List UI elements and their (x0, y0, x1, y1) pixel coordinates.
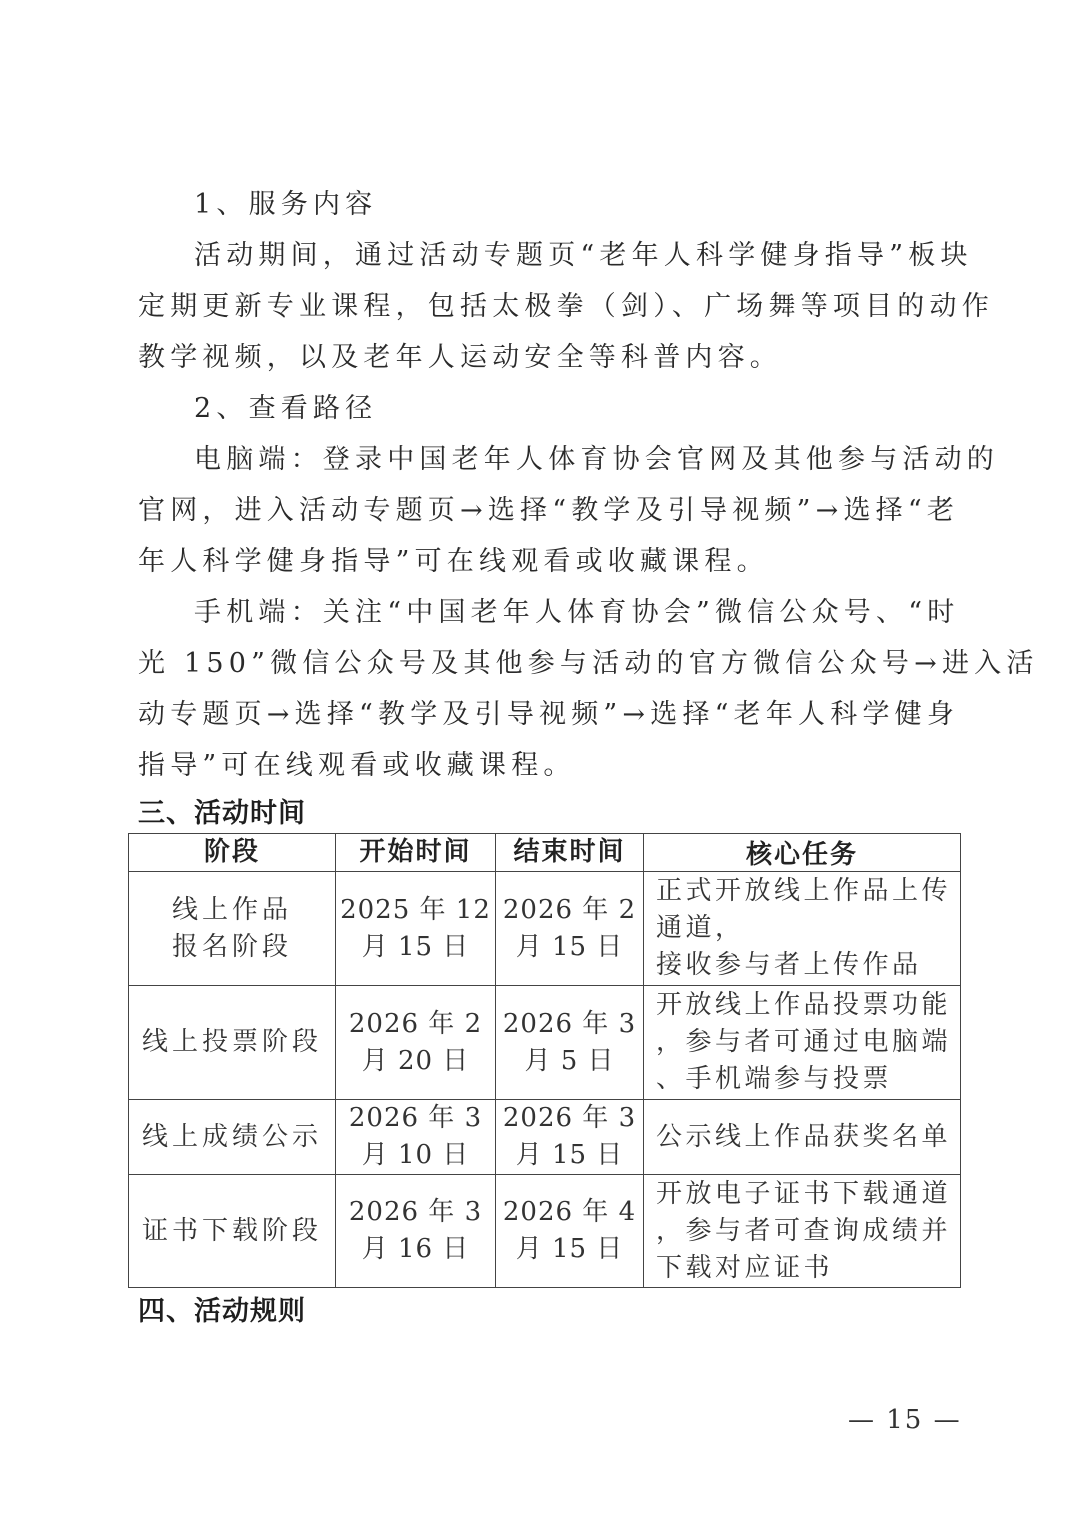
end-cell: 2026 年 3 月 5 日 (496, 986, 644, 1100)
start-text: 2025 年 12 (336, 892, 495, 929)
table-row: 线上作品 报名阶段 2025 年 12 月 15 日 2026 年 2 月 15… (129, 872, 961, 986)
end-text: 月 15 日 (496, 1137, 643, 1174)
stage-cell: 线上成绩公示 (129, 1100, 336, 1175)
table-row: 线上投票阶段 2026 年 2 月 20 日 2026 年 3 月 5 日 开放… (129, 986, 961, 1100)
pc-path-line: 官网，进入活动专题页→选择“教学及引导视频”→选择“老 (138, 485, 950, 536)
stage-text: 线上成绩公示 (129, 1119, 335, 1156)
end-cell: 2026 年 4 月 15 日 (496, 1175, 644, 1288)
table-row: 线上成绩公示 2026 年 3 月 10 日 2026 年 3 月 15 日 公… (129, 1100, 961, 1175)
stage-text: 证书下载阶段 (129, 1213, 335, 1250)
end-text: 2026 年 2 (496, 892, 643, 929)
task-text: ，参与者可通过电脑端 (656, 1024, 960, 1061)
section-1-title: 1、服务内容 (194, 179, 950, 230)
end-text: 2026 年 3 (496, 1006, 643, 1043)
section-2-title: 2、查看路径 (194, 383, 950, 434)
end-cell: 2026 年 2 月 15 日 (496, 872, 644, 986)
end-text: 2026 年 3 (496, 1100, 643, 1137)
end-text: 2026 年 4 (496, 1194, 643, 1231)
task-cell: 开放线上作品投票功能 ，参与者可通过电脑端 、手机端参与投票 (644, 986, 961, 1100)
start-cell: 2026 年 3 月 16 日 (336, 1175, 496, 1288)
task-text: 公示线上作品获奖名单 (656, 1119, 960, 1156)
schedule-table: 阶段 开始时间 结束时间 核心任务 线上作品 报名阶段 2025 年 12 月 … (128, 833, 961, 1288)
table-header-row: 阶段 开始时间 结束时间 核心任务 (129, 834, 961, 872)
task-cell: 公示线上作品获奖名单 (644, 1100, 961, 1175)
task-text: 通道， (656, 910, 960, 947)
task-text: 开放电子证书下载通道 (656, 1176, 960, 1213)
table-row: 证书下载阶段 2026 年 3 月 16 日 2026 年 4 月 15 日 开… (129, 1175, 961, 1288)
end-cell: 2026 年 3 月 15 日 (496, 1100, 644, 1175)
end-text: 月 15 日 (496, 1231, 643, 1268)
mobile-path-line: 手机端：关注“中国老年人体育协会”微信公众号、“时 (194, 587, 950, 638)
start-text: 2026 年 3 (336, 1100, 495, 1137)
header-stage: 阶段 (129, 834, 336, 872)
page-number: — 15 — (848, 1405, 962, 1435)
start-text: 月 10 日 (336, 1137, 495, 1174)
task-text: 、手机端参与投票 (656, 1061, 960, 1098)
task-cell: 开放电子证书下载通道 ，参与者可查询成绩并 下载对应证书 (644, 1175, 961, 1288)
start-text: 月 20 日 (336, 1043, 495, 1080)
header-end-time: 结束时间 (496, 834, 644, 872)
start-text: 2026 年 3 (336, 1194, 495, 1231)
end-text: 月 15 日 (496, 929, 643, 966)
mobile-path-line: 光 150”微信公众号及其他参与活动的官方微信公众号→进入活 (138, 638, 950, 689)
start-cell: 2026 年 3 月 10 日 (336, 1100, 496, 1175)
section-1-paragraph-line: 定期更新专业课程，包括太极拳（剑）、广场舞等项目的动作 (138, 281, 950, 332)
start-cell: 2025 年 12 月 15 日 (336, 872, 496, 986)
stage-text: 线上投票阶段 (129, 1024, 335, 1061)
task-text: ，参与者可查询成绩并 (656, 1213, 960, 1250)
start-text: 月 16 日 (336, 1231, 495, 1268)
stage-cell: 证书下载阶段 (129, 1175, 336, 1288)
task-text: 开放线上作品投票功能 (656, 987, 960, 1024)
stage-cell: 线上投票阶段 (129, 986, 336, 1100)
stage-text: 报名阶段 (129, 929, 335, 966)
task-text: 正式开放线上作品上传 (656, 873, 960, 910)
pc-path-line: 电脑端：登录中国老年人体育协会官网及其他参与活动的 (194, 434, 950, 485)
task-text: 下载对应证书 (656, 1250, 960, 1287)
start-text: 2026 年 2 (336, 1006, 495, 1043)
header-core-task: 核心任务 (644, 834, 961, 872)
end-text: 月 5 日 (496, 1043, 643, 1080)
task-text: 接收参与者上传作品 (656, 947, 960, 984)
task-cell: 正式开放线上作品上传 通道， 接收参与者上传作品 (644, 872, 961, 986)
section-1-paragraph-line: 活动期间，通过活动专题页“老年人科学健身指导”板块 (194, 230, 950, 281)
section-heading-activity-time: 三、活动时间 (138, 794, 306, 834)
section-heading-activity-rules: 四、活动规则 (138, 1292, 306, 1332)
section-1-paragraph-line: 教学视频，以及老年人运动安全等科普内容。 (138, 332, 950, 383)
start-cell: 2026 年 2 月 20 日 (336, 986, 496, 1100)
stage-cell: 线上作品 报名阶段 (129, 872, 336, 986)
mobile-path-line: 指导”可在线观看或收藏课程。 (138, 740, 950, 791)
stage-text: 线上作品 (129, 892, 335, 929)
mobile-path-line: 动专题页→选择“教学及引导视频”→选择“老年人科学健身 (138, 689, 950, 740)
start-text: 月 15 日 (336, 929, 495, 966)
pc-path-line: 年人科学健身指导”可在线观看或收藏课程。 (138, 536, 950, 587)
header-start-time: 开始时间 (336, 834, 496, 872)
